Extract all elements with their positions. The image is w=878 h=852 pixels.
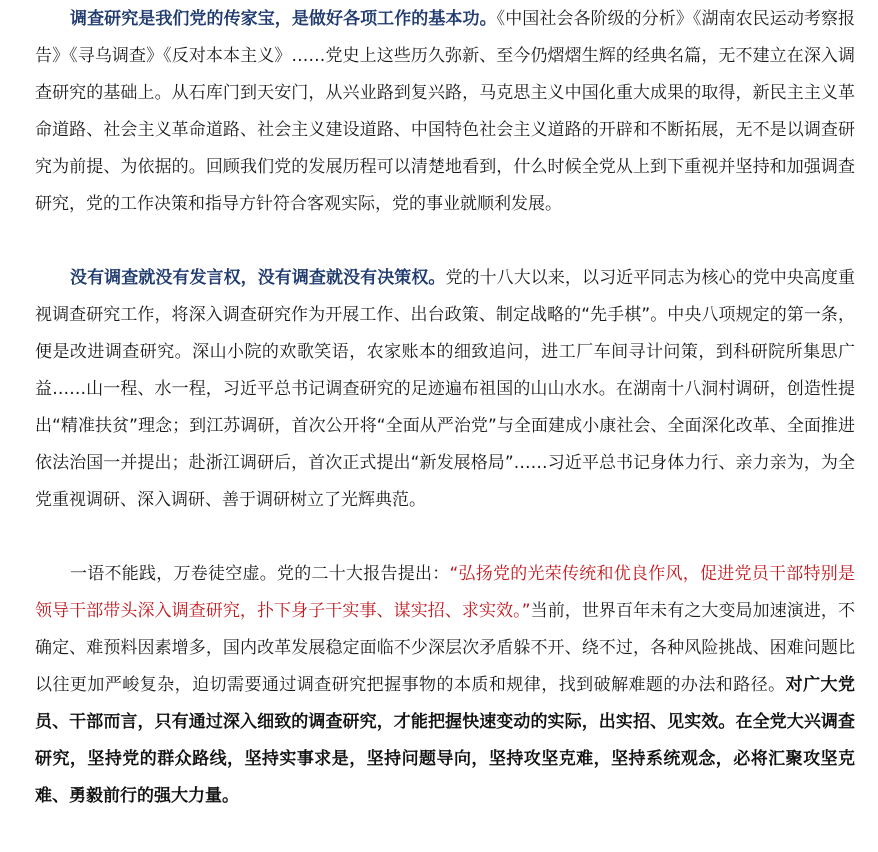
paragraph-1-body: 《中国社会各阶级的分析》《湖南农民运动考察报告》《寻乌调查》《反对本本主义》……… (35, 9, 855, 214)
paragraph-1-lead: 调查研究是我们党的传家宝，是做好各项工作的基本功。 (70, 9, 497, 29)
paragraph-2-body: 党的十八大以来，以习近平同志为核心的党中央高度重视调查研究工作，将深入调查研究作… (35, 268, 855, 510)
paragraph-3: 一语不能践，万卷徒空虚。党的二十大报告提出：“弘扬党的光荣传统和优良作风，促进党… (35, 556, 855, 815)
article-body: 调查研究是我们党的传家宝，是做好各项工作的基本功。《中国社会各阶级的分析》《湖南… (35, 1, 855, 815)
paragraph-2: 没有调查就没有发言权，没有调查就没有决策权。党的十八大以来，以习近平同志为核心的… (35, 260, 855, 519)
paragraph-1: 调查研究是我们党的传家宝，是做好各项工作的基本功。《中国社会各阶级的分析》《湖南… (35, 1, 855, 223)
paragraph-3-intro: 一语不能践，万卷徒空虚。党的二十大报告提出： (70, 564, 449, 584)
paragraph-2-lead: 没有调查就没有发言权，没有调查就没有决策权。 (70, 268, 445, 288)
